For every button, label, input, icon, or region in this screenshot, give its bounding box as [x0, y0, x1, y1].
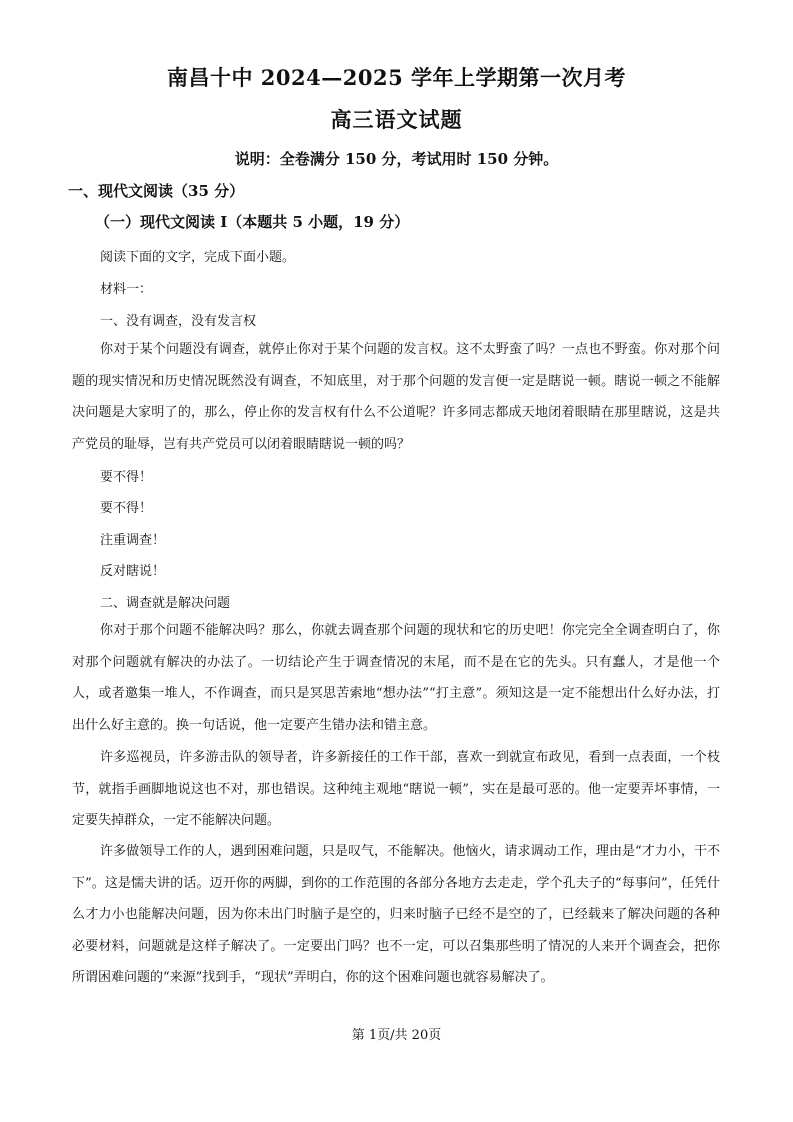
exclamation-line: 要不得！ — [100, 466, 152, 485]
exam-note: 说明：全卷满分 150 分，考试用时 150 分钟。 — [0, 148, 793, 169]
part2-title: 二、调查就是解决问题 — [100, 592, 230, 611]
paragraph: 许多做领导工作的人，遇到困难问题，只是叹气，不能解决。他恼火，请求调动工作，理由… — [72, 836, 720, 994]
paragraph: 许多巡视员，许多游击队的领导者，许多新接任的工作干部，喜欢一到就宣布政见，看到一… — [72, 742, 720, 837]
paragraph: 你对于那个问题不能解决吗？那么，你就去调查那个问题的现状和它的历史吧！你完完全全… — [72, 615, 720, 741]
exam-page: 南昌十中 2024—2025 学年上学期第一次月考 高三语文试题 说明：全卷满分… — [0, 0, 793, 1122]
section-heading: 一、现代文阅读（35 分） — [68, 180, 244, 201]
exclamation-line: 注重调查！ — [100, 529, 165, 548]
exam-subtitle: 高三语文试题 — [0, 104, 793, 134]
instruction-text: 阅读下面的文字，完成下面小题。 — [100, 246, 295, 265]
subsection-heading: （一）现代文阅读 I（本题共 5 小题，19 分） — [95, 211, 409, 232]
exclamation-line: 要不得！ — [100, 497, 152, 516]
material-label: 材料一： — [100, 278, 152, 297]
exam-title: 南昌十中 2024—2025 学年上学期第一次月考 — [0, 62, 793, 92]
paragraph: 你对于某个问题没有调查，就停止你对于某个问题的发言权。这不太野蛮了吗？一点也不野… — [72, 334, 720, 460]
exclamation-line: 反对瞎说！ — [100, 560, 165, 579]
part1-title: 一、没有调查，没有发言权 — [100, 310, 256, 329]
page-indicator: 第 1页/共 20页 — [0, 1024, 793, 1043]
